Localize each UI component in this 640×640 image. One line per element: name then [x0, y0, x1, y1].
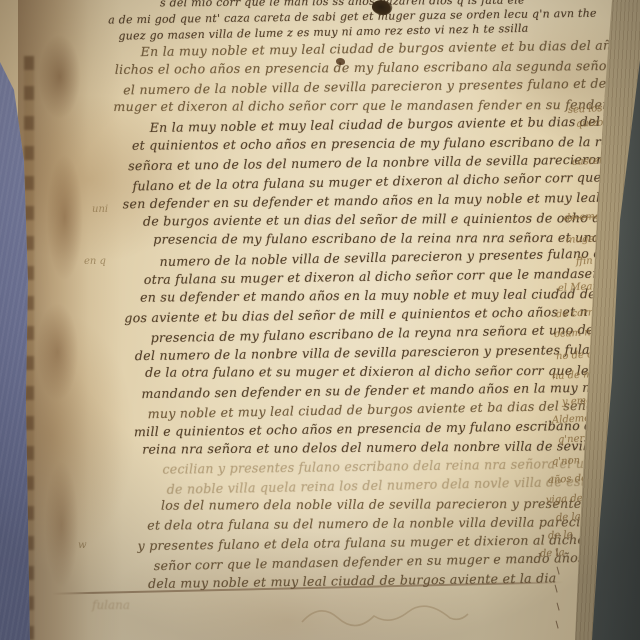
- left-margin-mark: en q: [84, 256, 106, 267]
- margin-note: q'ner: [558, 433, 585, 445]
- margin-note: el Mean: [558, 281, 599, 294]
- manuscript-line: en su defender et mando años en la muy n…: [140, 284, 618, 307]
- margin-note: muger: [566, 233, 600, 246]
- faint-squiggle: [300, 600, 470, 630]
- margin-note: viga de: [546, 493, 583, 506]
- text-block: s del mio corr que le man los ss años na…: [102, 0, 622, 594]
- margin-note: q'non: [552, 455, 581, 467]
- margin-note: de le: [548, 529, 573, 541]
- margin-note: quizo: [576, 117, 604, 129]
- margin-note: ocam ne: [554, 327, 597, 340]
- margin-note: de la: [556, 511, 581, 523]
- manuscript-photo: s del mio corr que le man los ss años na…: [0, 0, 640, 640]
- margin-note: años de: [548, 473, 588, 486]
- margin-note: de emo: [564, 211, 601, 224]
- ink-blot-small: [336, 58, 345, 65]
- manuscript-line: de la otra fulano et su muger et dixiero…: [145, 361, 619, 382]
- manuscript-line: muger et dixeron al dicho señor corr que…: [113, 95, 615, 116]
- left-margin-mark: w: [78, 540, 87, 551]
- margin-note: sea los: [568, 103, 603, 116]
- margin-note: ffin: [576, 256, 593, 268]
- manuscript-line: et quinientos et ocho años en presencia …: [132, 132, 616, 155]
- margin-note: Aldeme: [552, 413, 591, 426]
- left-margin-mark: uni: [92, 204, 108, 215]
- margin-note: de la: [540, 547, 565, 559]
- edge-stitches: [551, 548, 565, 638]
- page: s del mio corr que le man los ss años na…: [0, 0, 640, 640]
- faint-sketch-word: fulana: [92, 598, 130, 612]
